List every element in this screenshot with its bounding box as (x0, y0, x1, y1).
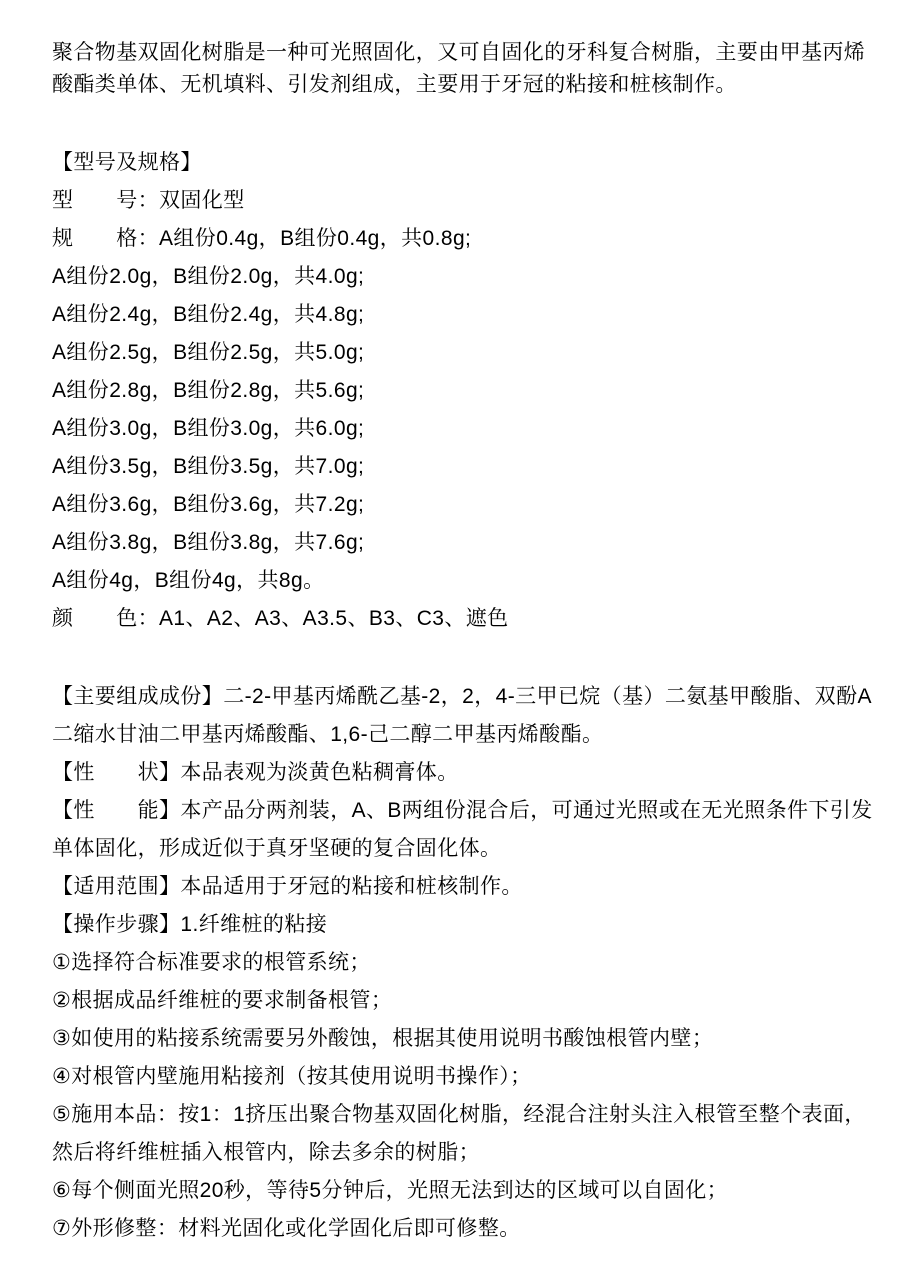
intro-paragraph: 聚合物基双固化树脂是一种可光照固化，又可自固化的牙科复合树脂，主要由甲基丙烯 酸… (52, 37, 870, 101)
spec-line: A组份3.0g，B组份3.0g，共6.0g; (52, 410, 870, 448)
step-line: ①选择符合标准要求的根管系统； (52, 944, 870, 982)
spec-line: A组份2.4g，B组份2.4g，共4.8g; (52, 296, 870, 334)
spec-line: A组份3.5g，B组份3.5g，共7.0g; (52, 448, 870, 486)
color-line: 颜 色：A1、A2、A3、A3.5、B3、C3、遮色 (52, 600, 870, 638)
text-line: 二缩水甘油二甲基丙烯酸酯、1,6-己二醇二甲基丙烯酸酯。 (52, 716, 870, 754)
spec-line: A组份3.8g，B组份3.8g，共7.6g; (52, 524, 870, 562)
spec-line: A组份2.8g，B组份2.8g，共5.6g; (52, 372, 870, 410)
spec-line: A组份4g，B组份4g，共8g。 (52, 562, 870, 600)
details-section: 【主要组成成份】二-2-甲基丙烯酰乙基-2，2，4-三甲已烷（基）二氨基甲酸脂、… (52, 678, 870, 1248)
section-composition: 【主要组成成份】二-2-甲基丙烯酰乙基-2，2，4-三甲已烷（基）二氨基甲酸脂、… (52, 678, 870, 716)
step-line: ⑥每个侧面光照20秒，等待5分钟后，光照无法到达的区域可以自固化； (52, 1172, 870, 1210)
step-line: ⑦外形修整：材料光固化或化学固化后即可修整。 (52, 1210, 870, 1248)
section-scope: 【适用范围】本品适用于牙冠的粘接和桩核制作。 (52, 868, 870, 906)
spec-line: A组份2.0g，B组份2.0g，共4.0g; (52, 258, 870, 296)
intro-line: 聚合物基双固化树脂是一种可光照固化，又可自固化的牙科复合树脂，主要由甲基丙烯 (52, 37, 870, 69)
model-line: 型 号：双固化型 (52, 182, 870, 220)
section-performance: 【性 能】本产品分两剂装，A、B两组份混合后，可通过光照或在无光照条件下引发 (52, 792, 870, 830)
step-line: ⑤施用本品：按1：1挤压出聚合物基双固化树脂，经混合注射头注入根管至整个表面， (52, 1096, 870, 1134)
step-line: ②根据成品纤维桩的要求制备根管； (52, 982, 870, 1020)
spec-line: A组份2.5g，B组份2.5g，共5.0g; (52, 334, 870, 372)
section-appearance: 【性 状】本品表观为淡黄色粘稠膏体。 (52, 754, 870, 792)
spec-line: A组份3.6g，B组份3.6g，共7.2g; (52, 486, 870, 524)
model-spec-section: 【型号及规格】 型 号：双固化型 规 格：A组份0.4g，B组份0.4g，共0.… (52, 144, 870, 638)
text-line: 然后将纤维桩插入根管内，除去多余的树脂； (52, 1134, 870, 1172)
section-steps: 【操作步骤】1.纤维桩的粘接 (52, 906, 870, 944)
step-line: ④对根管内壁施用粘接剂（按其使用说明书操作）； (52, 1058, 870, 1096)
spec-line: 规 格：A组份0.4g，B组份0.4g，共0.8g; (52, 220, 870, 258)
step-line: ③如使用的粘接系统需要另外酸蚀，根据其使用说明书酸蚀根管内壁； (52, 1020, 870, 1058)
intro-line: 酸酯类单体、无机填料、引发剂组成，主要用于牙冠的粘接和桩核制作。 (52, 69, 870, 101)
text-line: 单体固化，形成近似于真牙坚硬的复合固化体。 (52, 830, 870, 868)
section-heading-model-spec: 【型号及规格】 (52, 144, 870, 182)
document-page: 聚合物基双固化树脂是一种可光照固化，又可自固化的牙科复合树脂，主要由甲基丙烯 酸… (0, 0, 900, 1273)
